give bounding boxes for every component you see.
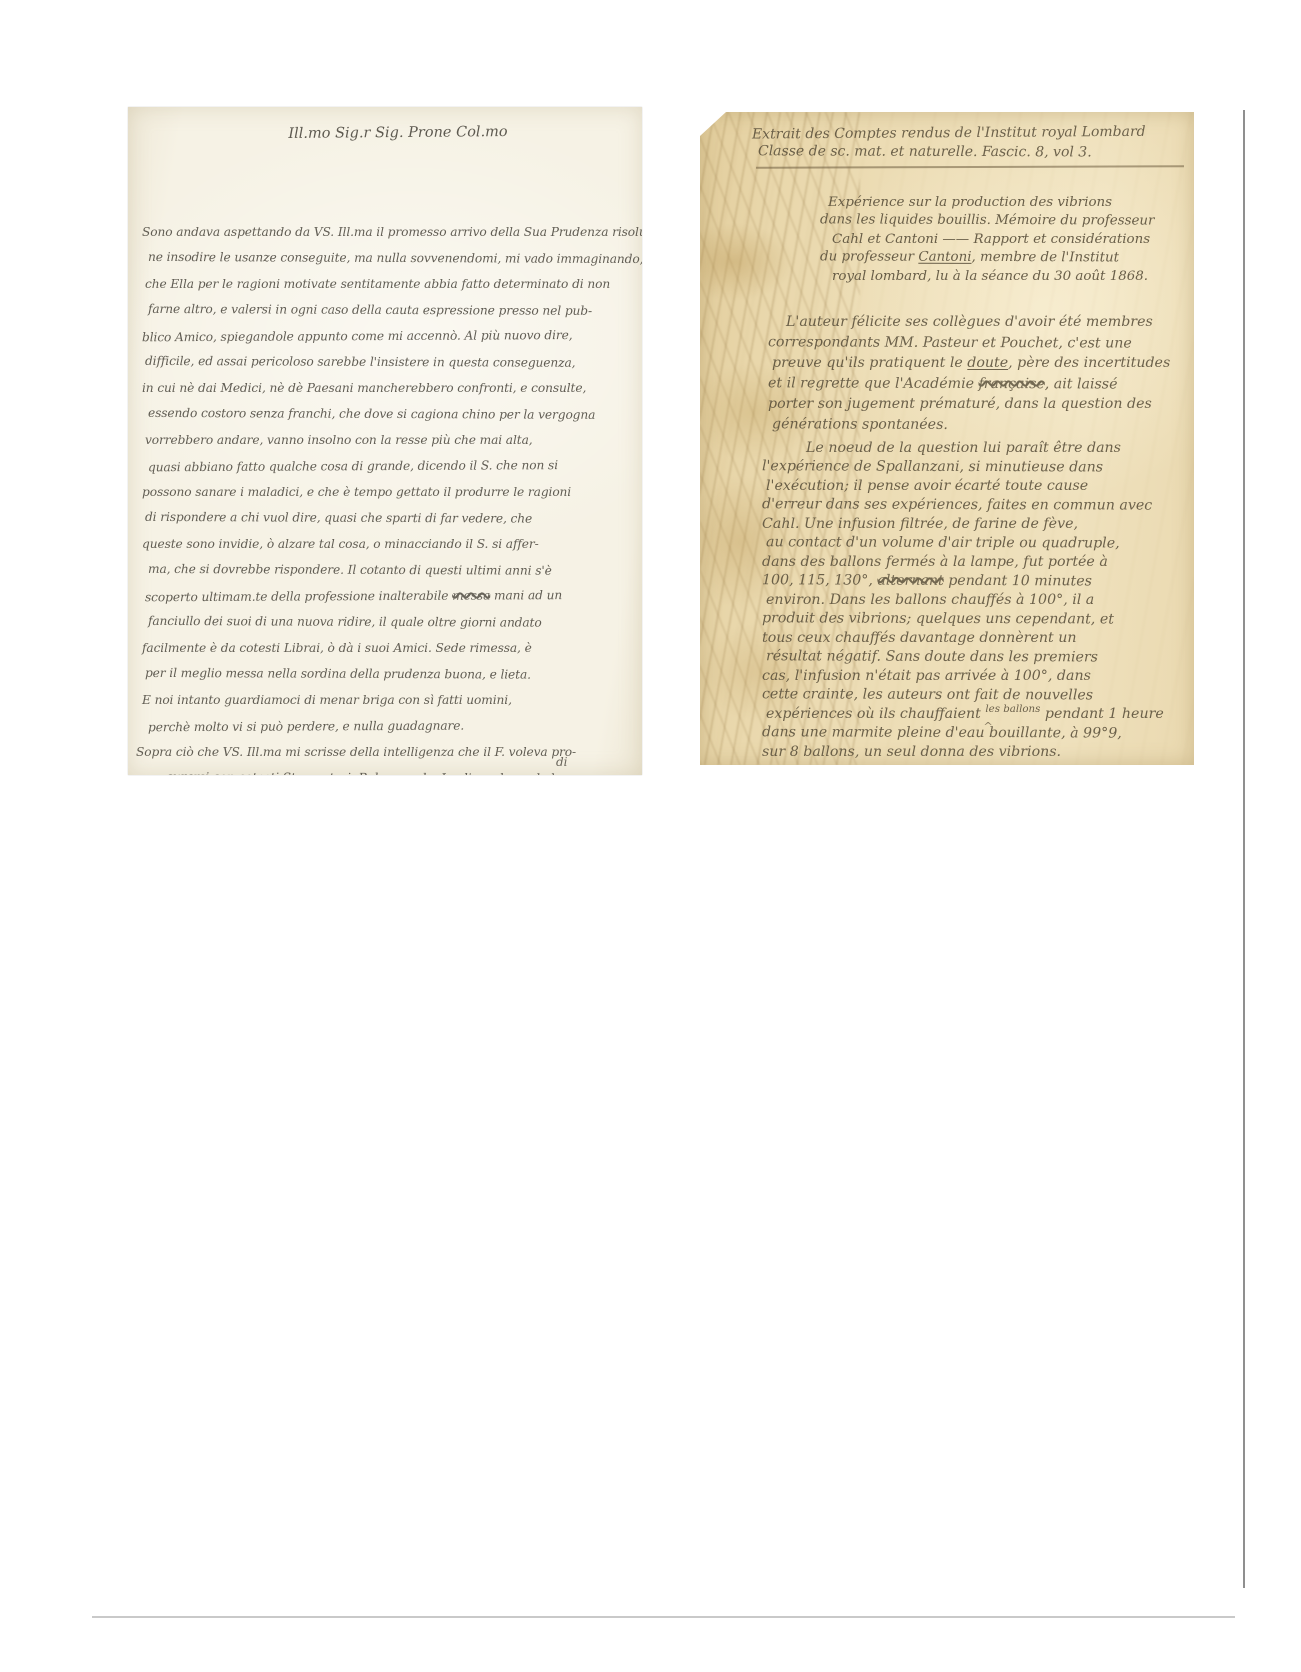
handwritten-line: 100, 115, 130°, alternant pendant 10 min…: [762, 571, 1194, 592]
handwritten-line: ma, che si dovrebbe rispondere. Il cotan…: [148, 556, 642, 584]
handwritten-line: Cahl. Une infusion filtrée, de farine de…: [762, 515, 1194, 534]
handwritten-line: tous ceux chauffés davantage donnèrent u…: [762, 629, 1194, 648]
handwritten-line: difficile, ed assai pericoloso sarebbe l…: [145, 348, 642, 376]
right-page-paragraph-1: L'auteur félicite ses collègues d'avoir …: [768, 312, 1194, 436]
handwritten-line: environ. Dans les ballons chauffés à 100…: [766, 591, 1194, 610]
manuscript-left-page[interactable]: Ill.mo Sig.r Sig. Prone Col.mo Sono anda…: [128, 107, 642, 775]
handwritten-line: royal lombard, lu à la séance du 30 août…: [832, 268, 1192, 286]
handwritten-line: scoperto ultimam.te della professione in…: [145, 582, 642, 611]
handwritten-line: fanciullo dei suoi di una nuova ridire, …: [148, 608, 642, 636]
right-page-title-block: Expérience sur la production des vibrion…: [828, 194, 1192, 286]
handwritten-line: dans des ballons fermés à la lampe, fut …: [762, 553, 1194, 572]
handwritten-line: l'exécution; il pense avoir écarté toute…: [766, 477, 1194, 496]
handwritten-line: cette crainte, les auteurs ont fait de n…: [762, 685, 1194, 706]
handwritten-line: sur 8 ballons, un seul donna des vibrion…: [762, 743, 1194, 762]
footer-divider: [92, 1616, 1235, 1618]
handwritten-line: dans les liquides bouillis. Mémoire du p…: [820, 212, 1192, 232]
handwritten-line: E noi intanto guardiamoci di menar briga…: [142, 687, 642, 713]
handwritten-line: Le noeud de la question lui paraît être …: [762, 439, 1194, 458]
handwritten-line: générations spontanées.: [772, 414, 1194, 436]
handwritten-line: quasi abbiano fatto qualche cosa di gran…: [148, 452, 642, 481]
manuscript-right-page[interactable]: Extrait des Comptes rendus de l'Institut…: [700, 112, 1194, 765]
handwritten-line: d'erreur dans ses expériences, faites en…: [762, 495, 1194, 516]
left-page-body: Sono andava aspettando da VS. Ill.ma il …: [142, 219, 642, 775]
handwritten-line: ne insodire le usanze conseguite, ma nul…: [148, 244, 642, 272]
handwritten-line: per il meglio messa nella sordina della …: [145, 660, 642, 688]
handwritten-line: Extrait des Comptes rendus de l'Institut…: [752, 122, 1188, 144]
handwritten-line: résultat négatif. Sans doute dans les pr…: [766, 647, 1194, 667]
header-underline: [756, 165, 1184, 168]
handwritten-line: du professeur Cantoni, membre de l'Insti…: [820, 249, 1192, 269]
document-viewer: Ill.mo Sig.r Sig. Prone Col.mo Sono anda…: [0, 0, 1301, 1672]
handwritten-line: preuve qu'ils pratiquent le doute, père …: [772, 353, 1194, 374]
handwritten-line: curarsi con cotesti Stampatori, Bologna,…: [166, 764, 642, 775]
handwritten-line: perchè molto vi si può perdere, e null…: [148, 712, 642, 741]
handwritten-line: blico Amico, spiegandole appunto come mi…: [142, 322, 642, 351]
handwritten-line: produit des vibrions; quelques uns cepen…: [762, 609, 1194, 630]
handwritten-line: dans une marmite pleine d'eau bouillante…: [762, 723, 1194, 744]
handwritten-line: porter son jugement prématuré, dans la q…: [768, 394, 1194, 415]
handwritten-line: Expérience sur la production des vibrion…: [828, 194, 1192, 212]
handwritten-line: possono sanare i maladici, e che è temp…: [142, 479, 642, 505]
handwritten-line: cas, l'infusion n'était pas arrivée à 10…: [762, 667, 1194, 686]
right-page-paragraph-2: Le noeud de la question lui paraît être …: [762, 439, 1194, 762]
handwritten-line: L'auteur félicite ses collègues d'avoir …: [768, 312, 1194, 333]
handwritten-line: farne altro, e valersi in ogni caso dell…: [148, 296, 642, 324]
handwritten-line: l'expérience de Spallanzani, si minutieu…: [762, 457, 1194, 478]
handwritten-line: correspondants MM. Pasteur et Pouchet, c…: [768, 332, 1194, 354]
left-page-catchword: di: [556, 755, 568, 769]
right-border-divider: [1243, 110, 1245, 1588]
handwritten-line: in cui nè dai Medici, nè dè Paesani m…: [142, 375, 642, 401]
left-page-heading: Ill.mo Sig.r Sig. Prone Col.mo: [278, 124, 518, 142]
handwritten-line: Cahl et Cantoni —— Rapport et considérat…: [832, 231, 1192, 249]
handwritten-line: Classe de sc. mat. et naturelle. Fascic.…: [758, 142, 1188, 163]
handwritten-line: essendo costoro senza franchi, che dove …: [148, 400, 642, 428]
handwritten-line: expériences où ils chauffaient les ballo…: [766, 705, 1194, 724]
handwritten-line: di rispondere a chi vuol dire, quasi che…: [145, 504, 642, 532]
handwritten-line: Sono andava aspettando da VS. Ill.ma il …: [142, 219, 642, 245]
handwritten-line: queste sono invidie, ò alzare tal cosa,…: [142, 531, 642, 557]
handwritten-line: che Ella per le ragioni motivate sentita…: [145, 271, 642, 297]
handwritten-line: au contact d'un volume d'air triple ou q…: [766, 533, 1194, 553]
handwritten-line: vorrebbero andare, vanno insolno con la …: [145, 427, 642, 453]
handwritten-line: et il regrette que l'Académie française,…: [768, 373, 1194, 395]
right-page-header: Extrait des Comptes rendus de l'Institut…: [752, 124, 1188, 162]
handwritten-line: facilmente è da cotesti Librai, ò dà …: [142, 635, 642, 661]
